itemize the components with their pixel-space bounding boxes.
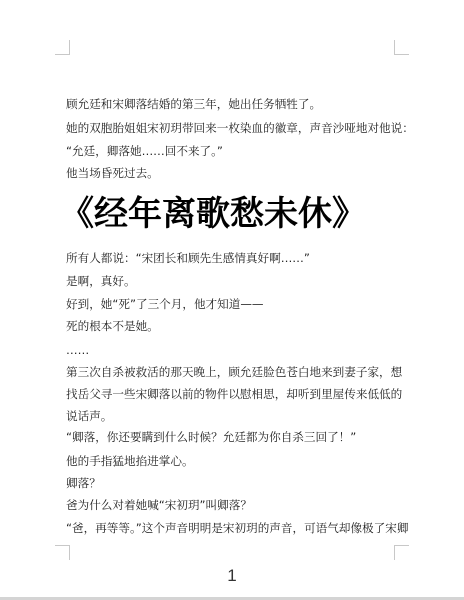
margin-corner-top-left <box>55 40 70 55</box>
paragraph-line: 好到，她“死”了三个月，他才知道—— <box>66 296 400 312</box>
paragraph-line: 爸为什么对着她喊“宋初玥”叫卿落？ <box>66 497 400 513</box>
paragraph-line: “爸，再等等。”这个声音明明是宋初玥的声音，可语气却像极了宋卿 <box>66 520 400 536</box>
paragraph-line: …… <box>66 342 400 358</box>
page-number: 1 <box>0 566 464 586</box>
paragraph-line: 第三次自杀被救活的那天晚上，顾允廷脸色苍白地来到妻子家，想 <box>66 364 400 380</box>
document-title: 《经年离歌愁未休》 <box>60 193 390 235</box>
paragraph-line: “允廷，卿落她……回不来了。” <box>66 143 400 159</box>
paragraph-line: 是啊，真好。 <box>66 273 400 289</box>
paragraph-line: “卿落，你还要瞒到什么时候？允廷都为你自杀三回了！” <box>66 429 400 445</box>
paragraph-line: 顾允廷和宋卿落结婚的第三年，她出任务牺牲了。 <box>66 96 400 112</box>
paragraph-line: 她的双胞胎姐姐宋初玥带回来一枚染血的徽章，声音沙哑地对他说： <box>66 120 400 136</box>
margin-corner-bottom-left <box>55 545 70 560</box>
margin-corner-bottom-right <box>394 545 409 560</box>
paragraph-line: 他当场昏死过去。 <box>66 165 400 181</box>
paragraph-line: 说话声。 <box>66 408 400 424</box>
paragraph-line: 死的根本不是她。 <box>66 318 400 334</box>
paragraph-line: 他的手指猛地掐进掌心。 <box>66 453 400 469</box>
paragraph-line: 找岳父寻一些宋卿落以前的物件以慰相思，却听到里屋传来低低的 <box>66 386 400 402</box>
paragraph-line: 卿落？ <box>66 475 400 491</box>
paragraph-line: 所有人都说：“宋团长和顾先生感情真好啊……” <box>66 250 400 266</box>
margin-corner-top-right <box>394 40 409 55</box>
document-page: 顾允廷和宋卿落结婚的第三年，她出任务牺牲了。 她的双胞胎姐姐宋初玥带回来一枚染血… <box>0 0 464 598</box>
